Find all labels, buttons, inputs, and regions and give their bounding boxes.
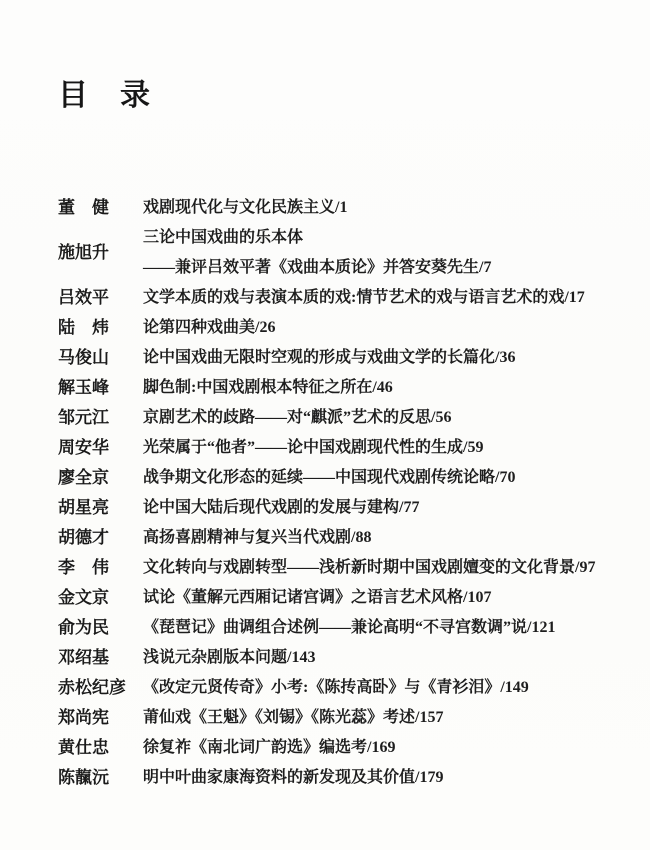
toc-entry: 赤松纪彦《改定元贤传奇》小考:《陈抟高卧》与《青衫泪》/149 (58, 673, 632, 703)
entry-author: 廖全京 (58, 463, 143, 493)
entry-title-group: 《琵琶记》曲调组合述例——兼论高明“不寻宫数调”说/121 (143, 613, 632, 643)
entry-title-line: 《改定元贤传奇》小考:《陈抟高卧》与《青衫泪》/149 (143, 673, 632, 703)
toc-entry: 董 健戏剧现代化与文化民族主义/1 (58, 193, 632, 223)
toc-entry: 邹元江京剧艺术的歧路——对“麒派”艺术的反思/56 (58, 403, 632, 433)
entry-title-line: 浅说元杂剧版本问题/143 (143, 643, 632, 673)
toc-entry: 邓绍基浅说元杂剧版本问题/143 (58, 643, 632, 673)
toc-entry: 李 伟文化转向与戏剧转型——浅析新时期中国戏剧嬗变的文化背景/97 (58, 553, 632, 583)
page-title: 目 录 (58, 70, 151, 114)
entry-title-group: 论中国戏曲无限时空观的形成与戏曲文学的长篇化/36 (143, 343, 632, 373)
toc-entry: 陆 炜论第四种戏曲美/26 (58, 313, 632, 343)
entry-author: 陆 炜 (58, 313, 143, 343)
entry-author: 金文京 (58, 583, 143, 613)
entry-author: 李 伟 (58, 553, 143, 583)
toc-entry: 郑尚宪莆仙戏《王魁》《刘锡》《陈光蕊》考述/157 (58, 703, 632, 733)
entry-author: 俞为民 (58, 613, 143, 643)
toc-entry: 周安华光荣属于“他者”——论中国戏剧现代性的生成/59 (58, 433, 632, 463)
entry-title-line: ——兼评吕效平著《戏曲本质论》并答安葵先生/7 (143, 253, 632, 283)
toc-entry: 黄仕忠徐复祚《南北词广韵选》编选考/169 (58, 733, 632, 763)
entry-title-line: 京剧艺术的歧路——对“麒派”艺术的反思/56 (143, 403, 632, 433)
entry-author: 邹元江 (58, 403, 143, 433)
toc-entry: 胡星亮论中国大陆后现代戏剧的发展与建构/77 (58, 493, 632, 523)
entry-title-group: 论第四种戏曲美/26 (143, 313, 632, 343)
toc-entry: 金文京试论《董解元西厢记诸宫调》之语言艺术风格/107 (58, 583, 632, 613)
entry-title-group: 文化转向与戏剧转型——浅析新时期中国戏剧嬗变的文化背景/97 (143, 553, 632, 583)
entry-author: 陈靝沅 (58, 763, 143, 793)
entry-title-line: 脚色制:中国戏剧根本特征之所在/46 (143, 373, 632, 403)
entry-title-group: 京剧艺术的歧路——对“麒派”艺术的反思/56 (143, 403, 632, 433)
toc-entry: 施旭升三论中国戏曲的乐本体——兼评吕效平著《戏曲本质论》并答安葵先生/7 (58, 223, 632, 283)
entry-title-group: 战争期文化形态的延续——中国现代戏剧传统论略/70 (143, 463, 632, 493)
entry-title-group: 戏剧现代化与文化民族主义/1 (143, 193, 632, 223)
entry-author: 郑尚宪 (58, 703, 143, 733)
entry-author: 邓绍基 (58, 643, 143, 673)
entry-title-line: 三论中国戏曲的乐本体 (143, 223, 632, 253)
entry-title-group: 高扬喜剧精神与复兴当代戏剧/88 (143, 523, 632, 553)
entry-title-group: 浅说元杂剧版本问题/143 (143, 643, 632, 673)
entry-title-group: 明中叶曲家康海资料的新发现及其价值/179 (143, 763, 632, 793)
entry-title-group: 论中国大陆后现代戏剧的发展与建构/77 (143, 493, 632, 523)
entry-title-line: 论中国大陆后现代戏剧的发展与建构/77 (143, 493, 632, 523)
toc-entry-list: 董 健戏剧现代化与文化民族主义/1施旭升三论中国戏曲的乐本体——兼评吕效平著《戏… (58, 193, 632, 793)
entry-author: 解玉峰 (58, 373, 143, 403)
toc-entry: 俞为民《琵琶记》曲调组合述例——兼论高明“不寻宫数调”说/121 (58, 613, 632, 643)
entry-title-group: 莆仙戏《王魁》《刘锡》《陈光蕊》考述/157 (143, 703, 632, 733)
entry-title-line: 徐复祚《南北词广韵选》编选考/169 (143, 733, 632, 763)
entry-author: 吕效平 (58, 283, 143, 313)
entry-author: 施旭升 (58, 238, 143, 268)
entry-title-line: 莆仙戏《王魁》《刘锡》《陈光蕊》考述/157 (143, 703, 632, 733)
entry-author: 胡星亮 (58, 493, 143, 523)
entry-title-line: 高扬喜剧精神与复兴当代戏剧/88 (143, 523, 632, 553)
entry-title-group: 脚色制:中国戏剧根本特征之所在/46 (143, 373, 632, 403)
toc-entry: 吕效平文学本质的戏与表演本质的戏:情节艺术的戏与语言艺术的戏/17 (58, 283, 632, 313)
entry-author: 周安华 (58, 433, 143, 463)
entry-title-group: 徐复祚《南北词广韵选》编选考/169 (143, 733, 632, 763)
entry-title-line: 文化转向与戏剧转型——浅析新时期中国戏剧嬗变的文化背景/97 (143, 553, 632, 583)
entry-title-line: 文学本质的戏与表演本质的戏:情节艺术的戏与语言艺术的戏/17 (143, 283, 632, 313)
entry-title-group: 光荣属于“他者”——论中国戏剧现代性的生成/59 (143, 433, 632, 463)
entry-title-line: 明中叶曲家康海资料的新发现及其价值/179 (143, 763, 632, 793)
entry-author: 胡德才 (58, 523, 143, 553)
entry-title-line: 戏剧现代化与文化民族主义/1 (143, 193, 632, 223)
toc-entry: 胡德才高扬喜剧精神与复兴当代戏剧/88 (58, 523, 632, 553)
toc-entry: 解玉峰脚色制:中国戏剧根本特征之所在/46 (58, 373, 632, 403)
entry-author: 赤松纪彦 (58, 673, 143, 703)
toc-entry: 廖全京战争期文化形态的延续——中国现代戏剧传统论略/70 (58, 463, 632, 493)
entry-author: 董 健 (58, 193, 143, 223)
toc-entry: 陈靝沅明中叶曲家康海资料的新发现及其价值/179 (58, 763, 632, 793)
entry-title-line: 战争期文化形态的延续——中国现代戏剧传统论略/70 (143, 463, 632, 493)
entry-author: 马俊山 (58, 343, 143, 373)
entry-title-line: 论中国戏曲无限时空观的形成与戏曲文学的长篇化/36 (143, 343, 632, 373)
entry-title-group: 《改定元贤传奇》小考:《陈抟高卧》与《青衫泪》/149 (143, 673, 632, 703)
entry-title-group: 三论中国戏曲的乐本体——兼评吕效平著《戏曲本质论》并答安葵先生/7 (143, 223, 632, 283)
entry-title-group: 文学本质的戏与表演本质的戏:情节艺术的戏与语言艺术的戏/17 (143, 283, 632, 313)
entry-title-line: 光荣属于“他者”——论中国戏剧现代性的生成/59 (143, 433, 632, 463)
entry-author: 黄仕忠 (58, 733, 143, 763)
entry-title-line: 《琵琶记》曲调组合述例——兼论高明“不寻宫数调”说/121 (143, 613, 632, 643)
toc-entry: 马俊山论中国戏曲无限时空观的形成与戏曲文学的长篇化/36 (58, 343, 632, 373)
entry-title-line: 试论《董解元西厢记诸宫调》之语言艺术风格/107 (143, 583, 632, 613)
entry-title-group: 试论《董解元西厢记诸宫调》之语言艺术风格/107 (143, 583, 632, 613)
entry-title-line: 论第四种戏曲美/26 (143, 313, 632, 343)
toc-scan-page: 目 录 董 健戏剧现代化与文化民族主义/1施旭升三论中国戏曲的乐本体——兼评吕效… (0, 0, 650, 850)
